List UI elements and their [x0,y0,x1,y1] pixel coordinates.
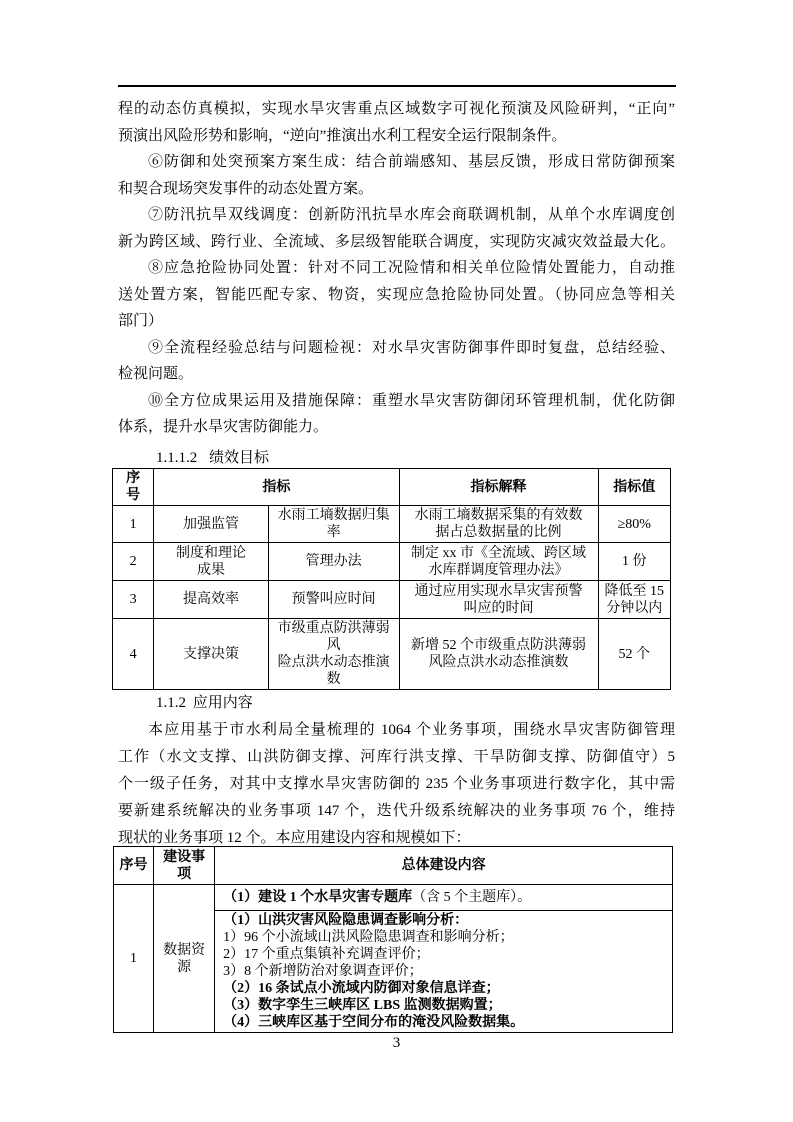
paragraph-line: 检视问题。 [118,361,675,388]
table-cell: 加强监管 [154,506,269,543]
table-header-cell: 建设事 项 [154,847,215,885]
table-cell: 3 [113,581,154,619]
body-text-block: 程的动态仿真模拟，实现水旱灾害重点区域数字可视化预演及风险研判，“正向” 预演出… [118,96,675,441]
table-cell: （1）山洪灾害风险隐患调查影响分析： 1）96 个小流域山洪风险隐患调查和影响分… [215,911,673,1033]
paragraph-line: 部门） [118,308,675,335]
table-cell: 数据资 源 [154,885,215,1033]
content-line: （2）16 条试点小流域内防御对象信息详查； [223,980,668,997]
paragraph-line: 新为跨区域、跨行业、全流域、多层级智能联合调度，实现防灾减灾效益最大化。 [118,229,675,256]
paragraph-line: ⑧应急抢险协同处置：针对不同工况险情和相关单位险情处置能力，自动推 [118,255,675,282]
paragraph-line: 体系，提升水旱灾害防御能力。 [118,414,675,441]
table-cell: 管理办法 [268,543,399,581]
table-cell: 水雨工墒数据采集的有效数 据占总数据量的比例 [399,506,598,543]
content-line: （4）三峡库区基于空间分布的淹没风险数据集。 [223,1014,668,1031]
paragraph-line: 个一级子任务，对其中支撑水旱灾害防御的 235 个业务事项进行数字化，其中需 [118,771,675,798]
table-cell: 支撑决策 [154,619,269,690]
table-cell: 水雨工墒数据归集率 [268,506,399,543]
performance-targets-table: 序 号 指标 指标解释 指标值 1 加强监管 水雨工墒数据归集率 水雨工墒数据采… [112,468,671,690]
table-header-cell: 指标 [154,469,399,506]
table-cell: 1 [114,885,154,1033]
paragraph-line: 程的动态仿真模拟，实现水旱灾害重点区域数字可视化预演及风险研判，“正向” [118,96,675,123]
paragraph-line: 和契合现场突发事件的动态处置方案。 [118,176,675,203]
table-cell: 制度和理论 成果 [154,543,269,581]
table-cell: 提高效率 [154,581,269,619]
paragraph-line: 工作（水文支撑、山洪防御支撑、河库行洪支撑、干旱防御支撑、防御值守）5 [118,744,675,771]
table-header-cell: 总体建设内容 [215,847,673,885]
table-cell: （1）建设 1 个水旱灾害专题库（含 5 个主题库）。 [215,885,673,911]
heading-application-content: 1.1.2 应用内容 [118,690,675,717]
table-header-cell: 指标值 [598,469,670,506]
content-line: （3）数字孪生三峡库区 LBS 监测数据购置； [223,997,668,1014]
application-content-block: 1.1.2 应用内容 本应用基于市水利局全量梳理的 1064 个业务事项，围绕水… [118,690,675,852]
table-cell: 预警叫应时间 [268,581,399,619]
table-header-cell: 序 号 [113,469,154,506]
table-cell: 市级重点防洪薄弱风 险点洪水动态推演数 [268,619,399,690]
table-cell: ≥80% [598,506,670,543]
content-line: 3）8 个新增防治对象调查评价； [223,963,668,980]
table-cell: 制定 xx 市《全流域、跨区域 水库群调度管理办法》 [399,543,598,581]
table-header-cell: 指标解释 [399,469,598,506]
header-rule [118,85,676,87]
construction-content-table: 序号 建设事 项 总体建设内容 1 数据资 源 （1）建设 1 个水旱灾害专题库… [113,846,673,1033]
content-line: （1）山洪灾害风险隐患调查影响分析： [223,912,668,929]
table-cell: 通过应用实现水旱灾害预警 叫应的时间 [399,581,598,619]
paragraph-line: 送处置方案，智能匹配专家、物资，实现应急抢险协同处置。（协同应急等相关 [118,282,675,309]
paragraph-line: ⑨全流程经验总结与问题检视：对水旱灾害防御事件即时复盘，总结经验、 [118,335,675,362]
table-cell: 降低至 15 分钟以内 [598,581,670,619]
table-cell: 4 [113,619,154,690]
table-cell: 2 [113,543,154,581]
content-line: 1）96 个小流域山洪风险隐患调查和影响分析； [223,929,668,946]
table-header-cell: 序号 [114,847,154,885]
page-number: 3 [0,1035,793,1052]
paragraph-line: 要新建系统解决的业务事项 147 个，迭代升级系统解决的业务事项 76 个，维持 [118,798,675,825]
table-cell: 1 份 [598,543,670,581]
content-line: 2）17 个重点集镇补充调查评价； [223,946,668,963]
paragraph-line: ⑦防汛抗旱双线调度：创新防汛抗旱水库会商联调机制，从单个水库调度创 [118,202,675,229]
table-cell: 新增 52 个市级重点防洪薄弱 风险点洪水动态推演数 [399,619,598,690]
table-cell: 52 个 [598,619,670,690]
paragraph-line: 预演出风险形势和影响，“逆向”推演出水利工程安全运行限制条件。 [118,123,675,150]
document-page: 程的动态仿真模拟，实现水旱灾害重点区域数字可视化预演及风险研判，“正向” 预演出… [0,0,793,1122]
paragraph-line: 本应用基于市水利局全量梳理的 1064 个业务事项，围绕水旱灾害防御管理 [118,717,675,744]
paragraph-line: ⑥防御和处突预案方案生成：结合前端感知、基层反馈，形成日常防御预案 [118,149,675,176]
paragraph-line: ⑩全方位成果运用及措施保障：重塑水旱灾害防御闭环管理机制，优化防御 [118,388,675,415]
table-cell: 1 [113,506,154,543]
heading-performance-targets: 1.1.1.2 绩效目标 [118,446,713,470]
